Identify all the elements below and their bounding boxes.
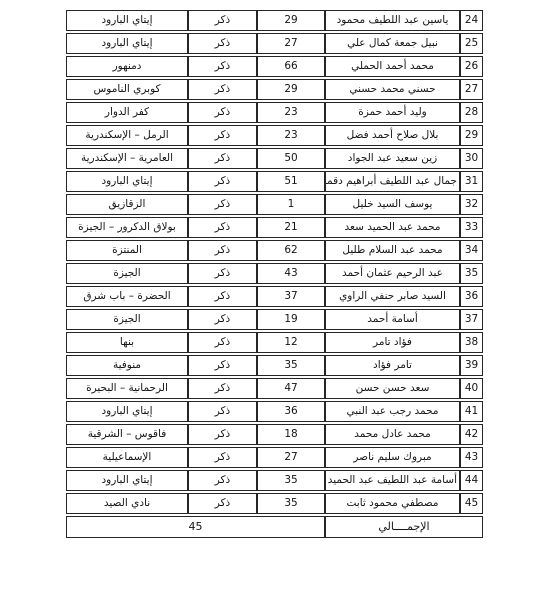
serial-cell: 30 [460,148,483,169]
name-cell: بلال صلاح أحمد فضل [325,125,460,146]
residence-cell: الجيزة [66,263,188,284]
name-cell: زين سعيد عبد الجواد [325,148,460,169]
age-cell: 18 [257,424,325,445]
serial-cell: 35 [460,263,483,284]
name-cell: محمد أحمد الحملي [325,56,460,77]
serial-cell: 40 [460,378,483,399]
table-row: 26محمد أحمد الحملي66ذكردمنهور [66,56,483,77]
serial-cell: 25 [460,33,483,54]
table-row: 27حسني محمد حسني29ذكركوبري الناموس [66,79,483,100]
residence-cell: العامرية – الإسكندرية [66,148,188,169]
serial-cell: 28 [460,102,483,123]
table-row: 43مبروك سليم ناصر27ذكرالإسماعيلية [66,447,483,468]
gender-cell: ذكر [188,125,257,146]
serial-cell: 29 [460,125,483,146]
age-cell: 29 [257,79,325,100]
age-cell: 12 [257,332,325,353]
gender-cell: ذكر [188,171,257,192]
name-cell: مبروك سليم ناصر [325,447,460,468]
residence-cell: كوبري الناموس [66,79,188,100]
age-cell: 23 [257,125,325,146]
name-cell: فؤاد تامر [325,332,460,353]
age-cell: 35 [257,470,325,491]
serial-cell: 34 [460,240,483,261]
table-row: 36السيد صابر حنفي الراوي37ذكرالحضرة – با… [66,286,483,307]
table-row: 41محمد رجب عبد النبي36ذكرإيتاي البارود [66,401,483,422]
name-cell: محمد عادل محمد [325,424,460,445]
residence-cell: الإسماعيلية [66,447,188,468]
age-cell: 19 [257,309,325,330]
gender-cell: ذكر [188,401,257,422]
roster-table: 24ياسين عبد اللطيف محمود29ذكرإيتاي البار… [66,8,483,540]
residence-cell: إيتاي البارود [66,470,188,491]
residence-cell: دمنهور [66,56,188,77]
table-row: 37أسامة أحمد19ذكرالجيزة [66,309,483,330]
serial-cell: 32 [460,194,483,215]
serial-cell: 45 [460,493,483,514]
name-cell: أسامة عبد اللطيف عبد الحميد [325,470,460,491]
residence-cell: كفر الدوار [66,102,188,123]
table-row: 32يوسف السيد خليل1ذكرالزقازيق [66,194,483,215]
age-cell: 51 [257,171,325,192]
residence-cell: إيتاي البارود [66,171,188,192]
age-cell: 29 [257,10,325,31]
table-row: 31جمال عبد اللطيف أبراهيم دقمان51ذكرإيتا… [66,171,483,192]
gender-cell: ذكر [188,309,257,330]
name-cell: حسني محمد حسني [325,79,460,100]
serial-cell: 38 [460,332,483,353]
document-page: 24ياسين عبد اللطيف محمود29ذكرإيتاي البار… [0,0,550,596]
age-cell: 66 [257,56,325,77]
residence-cell: بولاق الدكرور – الجيزة [66,217,188,238]
age-cell: 21 [257,217,325,238]
name-cell: جمال عبد اللطيف أبراهيم دقمان [325,171,460,192]
name-cell: نبيل جمعة كمال علي [325,33,460,54]
name-cell: مصطفي محمود ثابت [325,493,460,514]
residence-cell: إيتاي البارود [66,10,188,31]
gender-cell: ذكر [188,240,257,261]
serial-cell: 44 [460,470,483,491]
roster-table-body: 24ياسين عبد اللطيف محمود29ذكرإيتاي البار… [66,10,483,538]
table-row: 45مصطفي محمود ثابت35ذكرنادي الصيد [66,493,483,514]
table-row: 25نبيل جمعة كمال علي27ذكرإيتاي البارود [66,33,483,54]
age-cell: 27 [257,447,325,468]
age-cell: 27 [257,33,325,54]
gender-cell: ذكر [188,194,257,215]
table-row: 24ياسين عبد اللطيف محمود29ذكرإيتاي البار… [66,10,483,31]
total-value-cell: 45 [66,516,325,538]
serial-cell: 26 [460,56,483,77]
residence-cell: الحضرة – باب شرق [66,286,188,307]
residence-cell: الرحمانية – البحيرة [66,378,188,399]
serial-cell: 41 [460,401,483,422]
name-cell: وليد أحمد حمزة [325,102,460,123]
serial-cell: 36 [460,286,483,307]
gender-cell: ذكر [188,263,257,284]
age-cell: 47 [257,378,325,399]
table-row: 34محمد عبد السلام طليل62ذكرالمنتزة [66,240,483,261]
age-cell: 1 [257,194,325,215]
table-row: 35عبد الرحيم عثمان أحمد43ذكرالجيزة [66,263,483,284]
serial-cell: 39 [460,355,483,376]
residence-cell: نادي الصيد [66,493,188,514]
residence-cell: إيتاي البارود [66,33,188,54]
name-cell: محمد عبد السلام طليل [325,240,460,261]
table-row: 28وليد أحمد حمزة23ذكركفر الدوار [66,102,483,123]
gender-cell: ذكر [188,56,257,77]
name-cell: محمد رجب عبد النبي [325,401,460,422]
gender-cell: ذكر [188,33,257,54]
name-cell: ياسين عبد اللطيف محمود [325,10,460,31]
name-cell: تامر فؤاد [325,355,460,376]
residence-cell: الزقازيق [66,194,188,215]
serial-cell: 24 [460,10,483,31]
serial-cell: 42 [460,424,483,445]
name-cell: أسامة أحمد [325,309,460,330]
name-cell: سعد حسن حسن [325,378,460,399]
residence-cell: الرمل – الإسكندرية [66,125,188,146]
serial-cell: 37 [460,309,483,330]
table-row: 38فؤاد تامر12ذكربنها [66,332,483,353]
gender-cell: ذكر [188,148,257,169]
gender-cell: ذكر [188,102,257,123]
residence-cell: فاقوس – الشرقية [66,424,188,445]
gender-cell: ذكر [188,286,257,307]
name-cell: السيد صابر حنفي الراوي [325,286,460,307]
gender-cell: ذكر [188,217,257,238]
name-cell: يوسف السيد خليل [325,194,460,215]
name-cell: محمد عبد الحميد سعد [325,217,460,238]
age-cell: 50 [257,148,325,169]
table-row: 44أسامة عبد اللطيف عبد الحميد35ذكرإيتاي … [66,470,483,491]
residence-cell: إيتاي البارود [66,401,188,422]
gender-cell: ذكر [188,493,257,514]
age-cell: 43 [257,263,325,284]
age-cell: 35 [257,355,325,376]
age-cell: 62 [257,240,325,261]
age-cell: 36 [257,401,325,422]
residence-cell: بنها [66,332,188,353]
gender-cell: ذكر [188,378,257,399]
table-row: 30زين سعيد عبد الجواد50ذكرالعامرية – الإ… [66,148,483,169]
total-row: الإجمــــالي 45 [66,516,483,538]
table-row: 39تامر فؤاد35ذكرمنوفية [66,355,483,376]
gender-cell: ذكر [188,332,257,353]
table-row: 33محمد عبد الحميد سعد21ذكربولاق الدكرور … [66,217,483,238]
gender-cell: ذكر [188,470,257,491]
residence-cell: منوفية [66,355,188,376]
residence-cell: الجيزة [66,309,188,330]
gender-cell: ذكر [188,79,257,100]
table-row: 42محمد عادل محمد18ذكرفاقوس – الشرقية [66,424,483,445]
serial-cell: 33 [460,217,483,238]
serial-cell: 43 [460,447,483,468]
total-label-cell: الإجمــــالي [325,516,483,538]
residence-cell: المنتزة [66,240,188,261]
age-cell: 37 [257,286,325,307]
serial-cell: 27 [460,79,483,100]
age-cell: 23 [257,102,325,123]
age-cell: 35 [257,493,325,514]
name-cell: عبد الرحيم عثمان أحمد [325,263,460,284]
serial-cell: 31 [460,171,483,192]
gender-cell: ذكر [188,10,257,31]
gender-cell: ذكر [188,424,257,445]
table-row: 40سعد حسن حسن47ذكرالرحمانية – البحيرة [66,378,483,399]
gender-cell: ذكر [188,447,257,468]
table-row: 29بلال صلاح أحمد فضل23ذكرالرمل – الإسكند… [66,125,483,146]
gender-cell: ذكر [188,355,257,376]
